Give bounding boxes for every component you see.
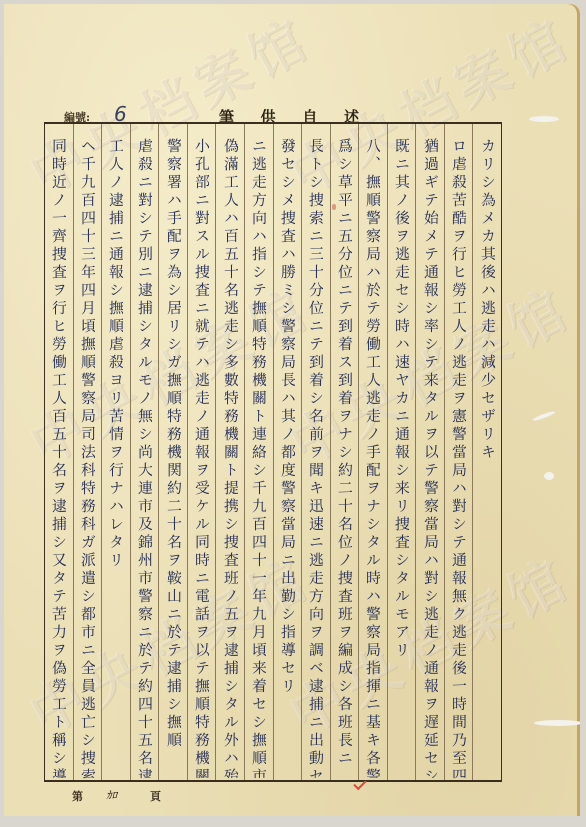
footer-suffix: 頁 (150, 788, 161, 804)
handwritten-line: カリシ為メカ其後ハ逃走ハ減少セザリキ (480, 124, 495, 779)
handwritten-grid: カリシ為メカ其後ハ逃走ハ減少セザリキ ロ虐殺苦酷ヲ行ヒ勞工人ノ逃走ヲ憲警當局ハ對… (44, 122, 502, 782)
handwritten-line: 既ニ其ノ後ヲ逃走セシ時ハ速ヤカニ通報シ来リ捜査シタルモアリ (394, 124, 409, 779)
text-column: 工人ノ逮捕ニ通報シ撫順虐殺ヨリ苦情ヲ行ナハレタリ (101, 124, 130, 780)
handwritten-line: ロ虐殺苦酷ヲ行ヒ勞工人ノ逃走ヲ憲警當局ハ對シテ通報無ク逃走後一時間乃至四時間 (451, 124, 466, 779)
handwritten-line: 偽滿工人ハ百五十名逃走シ多數特務機關ト提携シ捜査班ノ五ヲ逮捕シタル外ハ殆ト逮捕シ… (223, 124, 238, 779)
text-column: 小孔部ニ對スル捜査ニ就テハ逃走ノ通報ヲ受ケル同時ニ電話ヲ以テ撫順特務機關及撫順市 (187, 124, 216, 780)
handwritten-line: ニ逃走方向ハ指シテ撫順特務機關ト連絡シ千九百四十一年九月頃来着セシ撫順市 (251, 124, 266, 779)
handwritten-line: 爲シ草平ニ五分位ニテ到着ス到着ヲナシ約二十名位ノ捜査班ヲ編成シ各班長ニ (337, 124, 352, 779)
text-column: ロ虐殺苦酷ヲ行ヒ勞工人ノ逃走ヲ憲警當局ハ對シテ通報無ク逃走後一時間乃至四時間 (444, 124, 473, 780)
page-number: ｶﾛ (106, 787, 117, 803)
text-column: 長トシ捜索ニ三十分位ニテ到着シ名前ヲ聞キ迅速ニ逃走方向ヲ調ベ逮捕ニ出動セリ (301, 124, 330, 780)
page-footer: 第 ｶﾛ 頁 (72, 788, 212, 804)
text-column: 爲シ草平ニ五分位ニテ到着ス到着ヲナシ約二十名位ノ捜査班ヲ編成シ各班長ニ (330, 124, 359, 780)
text-column: ヘ千九百四十三年四月頃撫順警察局司法科特務科ガ派遣シ都市ニ全員逃亡シ捜索 (73, 124, 102, 780)
handwritten-line: 工人ノ逮捕ニ通報シ撫順虐殺ヨリ苦情ヲ行ナハレタリ (108, 124, 123, 779)
text-column: 既ニ其ノ後ヲ逃走セシ時ハ速ヤカニ通報シ来リ捜査シタルモアリ (387, 124, 416, 780)
text-column: 八、撫順警察局ハ於テ勞働工人逃走ノ手配ヲナシタル時ハ警察局指揮ニ基キ各警察署ニ命… (358, 124, 387, 780)
handwritten-line: 發セシメ捜査ハ勝ミシ警察局長ハ其ノ都度警察當局ニ出勤シ指導セリ (280, 124, 295, 779)
text-column: 同時近ノ一齊捜査ヲ行ヒ勞働工人百五十名ヲ逮捕シ又タテ苦力ヲ偽勞工ト稱シ導キ連結シ (45, 124, 73, 780)
text-column: 警察署ハ手配ヲ為シ居リシガ撫順特務機関約二十名ヲ鞍山ニ於テ逮捕シ撫順 (158, 124, 187, 780)
paper-tear (532, 410, 556, 422)
handwritten-line: 警察署ハ手配ヲ為シ居リシガ撫順特務機関約二十名ヲ鞍山ニ於テ逮捕シ撫順 (166, 124, 181, 779)
handwritten-line: 八、撫順警察局ハ於テ勞働工人逃走ノ手配ヲナシタル時ハ警察局指揮ニ基キ各警察署ニ命… (365, 124, 380, 779)
document-page: 中央档案馆 中央档案馆 中央档案馆 中央档案馆 中央档案馆 中央档案馆 編號: … (4, 4, 580, 816)
paper-tear (529, 116, 559, 122)
paper-tear (544, 472, 554, 480)
text-column: 虐殺ニ對シテ別ニ逮捕シタルモノ無シ尚大連市及錦州市警察ニ於テ約四十五名逮捕 (130, 124, 159, 780)
handwritten-line: 長トシ捜索ニ三十分位ニテ到着シ名前ヲ聞キ迅速ニ逃走方向ヲ調ベ逮捕ニ出動セリ (308, 124, 323, 779)
text-column: 發セシメ捜査ハ勝ミシ警察局長ハ其ノ都度警察當局ニ出勤シ指導セリ (273, 124, 302, 780)
handwritten-line: 同時近ノ一齊捜査ヲ行ヒ勞働工人百五十名ヲ逮捕シ又タテ苦力ヲ偽勞工ト稱シ導キ連結シ (51, 124, 66, 779)
handwritten-line: 猶過ギテ始メテ通報シ率シテ来タルヲ以テ警察當局ハ對シ逃走ノ通報ヲ遅延セシ爲ノ逮捕… (423, 124, 438, 779)
footer-prefix: 第 (72, 788, 83, 804)
text-column: 偽滿工人ハ百五十名逃走シ多數特務機關ト提携シ捜査班ノ五ヲ逮捕シタル外ハ殆ト逮捕シ… (215, 124, 244, 780)
paper-tear (534, 720, 580, 726)
handwritten-line: ヘ千九百四十三年四月頃撫順警察局司法科特務科ガ派遣シ都市ニ全員逃亡シ捜索 (80, 124, 95, 779)
text-column: ニ逃走方向ハ指シテ撫順特務機關ト連絡シ千九百四十一年九月頃来着セシ撫順市 (244, 124, 273, 780)
handwritten-line: 小孔部ニ對スル捜査ニ就テハ逃走ノ通報ヲ受ケル同時ニ電話ヲ以テ撫順特務機關及撫順市 (194, 124, 209, 779)
text-column: カリシ為メカ其後ハ逃走ハ減少セザリキ (472, 124, 501, 780)
handwritten-line: 虐殺ニ對シテ別ニ逮捕シタルモノ無シ尚大連市及錦州市警察ニ於テ約四十五名逮捕 (137, 124, 152, 779)
red-ink-mark (332, 204, 336, 210)
text-column: 猶過ギテ始メテ通報シ率シテ来タルヲ以テ警察當局ハ對シ逃走ノ通報ヲ遅延セシ爲ノ逮捕… (415, 124, 444, 780)
